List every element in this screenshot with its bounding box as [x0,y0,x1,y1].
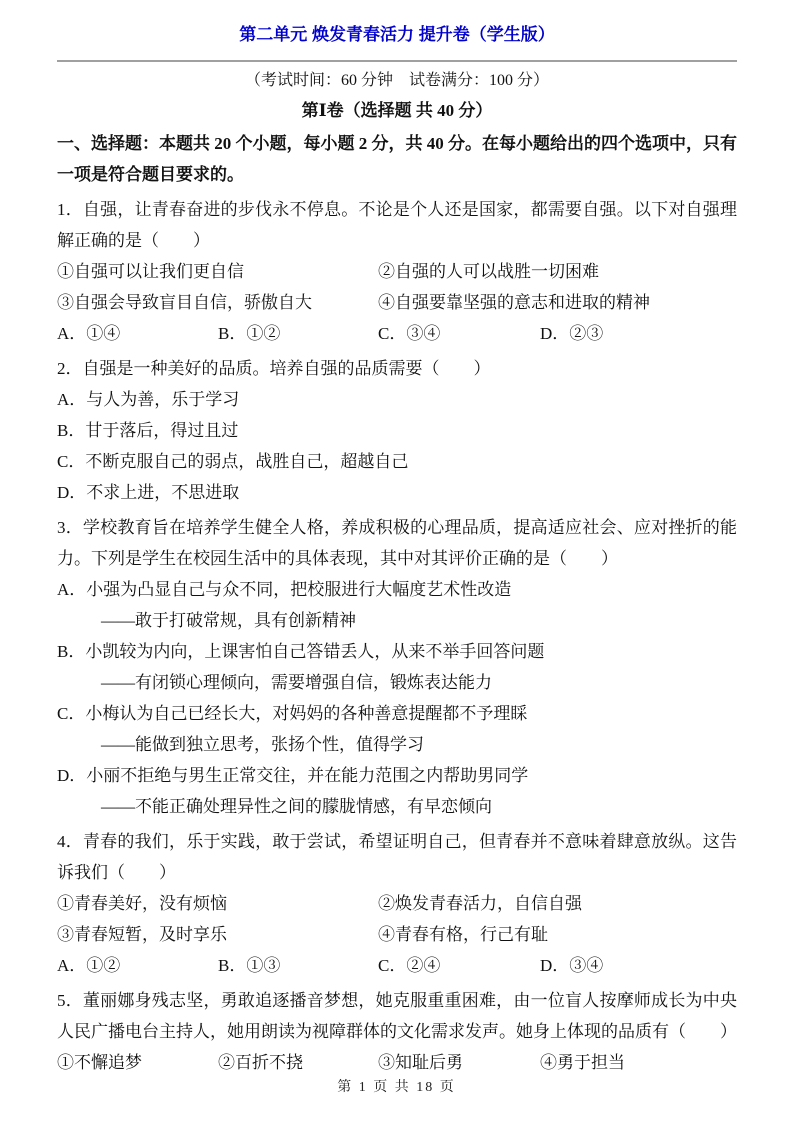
section1-intro: 一、选择题：本题共 20 个小题，每小题 2 分，共 40 分。在每小题给出的四… [57,128,737,190]
question-2: 2．自强是一种美好的品质。培养自强的品质需要（ ） A．与人为善，乐于学习 B．… [57,353,737,508]
statement-3: ③青春短暂，及时享乐 [57,919,378,950]
question-1-stem: 1．自强，让青春奋进的步伐永不停息。不论是个人还是国家，都需要自强。以下对自强理… [57,194,737,256]
choice-b: B．①② [218,318,378,349]
question-4-choices: A．①② B．①③ C．②④ D．③④ [57,950,737,981]
choice-a: A．①② [57,950,218,981]
question-4-statement-row-2: ③青春短暂，及时享乐 ④青春有格，行己有耻 [57,919,737,950]
question-3-choice-a: A．小强为凸显自己与众不同，把校服进行大幅度艺术性改造 [57,574,737,605]
statement-4: ④青春有格，行己有耻 [378,919,737,950]
question-3-choice-d: D．小丽不拒绝与男生正常交往，并在能力范围之内帮助男同学 [57,760,737,791]
page-number: 第 1 页 共 18 页 [0,1076,793,1096]
title-divider [57,60,737,62]
question-4-statement-row-1: ①青春美好，没有烦恼 ②焕发青春活力，自信自强 [57,888,737,919]
question-2-choice-b: B．甘于落后，得过且过 [57,415,737,446]
statement-2: ②自强的人可以战胜一切困难 [378,256,737,287]
question-1: 1．自强，让青春奋进的步伐永不停息。不论是个人还是国家，都需要自强。以下对自强理… [57,194,737,349]
question-1-statement-row-2: ③自强会导致盲目自信，骄傲自大 ④自强要靠坚强的意志和进取的精神 [57,287,737,318]
question-3-choice-a-note: ——敢于打破常规，具有创新精神 [57,605,737,636]
statement-2: ②焕发青春活力，自信自强 [378,888,737,919]
question-2-choice-a: A．与人为善，乐于学习 [57,384,737,415]
question-4-stem: 4．青春的我们，乐于实践，敢于尝试，希望证明自己，但青春并不意味着肆意放纵。这告… [57,826,737,888]
question-3-choice-c: C．小梅认为自己已经长大，对妈妈的各种善意提醒都不予理睬 [57,698,737,729]
choice-b: B．①③ [218,950,378,981]
choice-c: C．③④ [378,318,540,349]
statement-2: ②百折不挠 [218,1047,378,1078]
question-3-stem: 3．学校教育旨在培养学生健全人格，养成积极的心理品质，提高适应社会、应对挫折的能… [57,512,737,574]
question-5-statements: ①不懈追梦 ②百折不挠 ③知耻后勇 ④勇于担当 [57,1047,737,1078]
question-3-choice-c-note: ——能做到独立思考，张扬个性，值得学习 [57,729,737,760]
choice-d: D．③④ [540,950,737,981]
statement-4: ④勇于担当 [540,1047,737,1078]
choice-c: C．②④ [378,950,540,981]
statement-1: ①青春美好，没有烦恼 [57,888,378,919]
question-5: 5．董丽娜身残志坚，勇敢追逐播音梦想，她克服重重困难，由一位盲人按摩师成长为中央… [57,985,737,1078]
choice-d: D．②③ [540,318,737,349]
exam-page: 第二单元 焕发青春活力 提升卷（学生版） （考试时间：60 分钟 试卷满分：10… [0,0,793,1122]
choice-a: A．①④ [57,318,218,349]
question-3: 3．学校教育旨在培养学生健全人格，养成积极的心理品质，提高适应社会、应对挫折的能… [57,512,737,822]
question-2-stem: 2．自强是一种美好的品质。培养自强的品质需要（ ） [57,353,737,384]
page-title: 第二单元 焕发青春活力 提升卷（学生版） [57,22,737,48]
question-1-statement-row-1: ①自强可以让我们更自信 ②自强的人可以战胜一切困难 [57,256,737,287]
question-3-choice-b: B．小凯较为内向，上课害怕自己答错丢人，从来不举手回答问题 [57,636,737,667]
statement-1: ①自强可以让我们更自信 [57,256,378,287]
question-3-choice-b-note: ——有闭锁心理倾向，需要增强自信，锻炼表达能力 [57,667,737,698]
question-2-choice-c: C．不断克服自己的弱点，战胜自己，超越自己 [57,446,737,477]
statement-3: ③自强会导致盲目自信，骄傲自大 [57,287,378,318]
question-4: 4．青春的我们，乐于实践，敢于尝试，希望证明自己，但青春并不意味着肆意放纵。这告… [57,826,737,981]
section1-title: 第Ⅰ卷（选择题 共 40 分） [57,96,737,126]
statement-3: ③知耻后勇 [378,1047,540,1078]
exam-info: （考试时间：60 分钟 试卷满分：100 分） [57,66,737,96]
statement-1: ①不懈追梦 [57,1047,218,1078]
question-3-choice-d-note: ——不能正确处理异性之间的朦胧情感，有早恋倾向 [57,791,737,822]
statement-4: ④自强要靠坚强的意志和进取的精神 [378,287,737,318]
question-2-choice-d: D．不求上进，不思进取 [57,477,737,508]
question-1-choices: A．①④ B．①② C．③④ D．②③ [57,318,737,349]
question-5-stem: 5．董丽娜身残志坚，勇敢追逐播音梦想，她克服重重困难，由一位盲人按摩师成长为中央… [57,985,737,1047]
